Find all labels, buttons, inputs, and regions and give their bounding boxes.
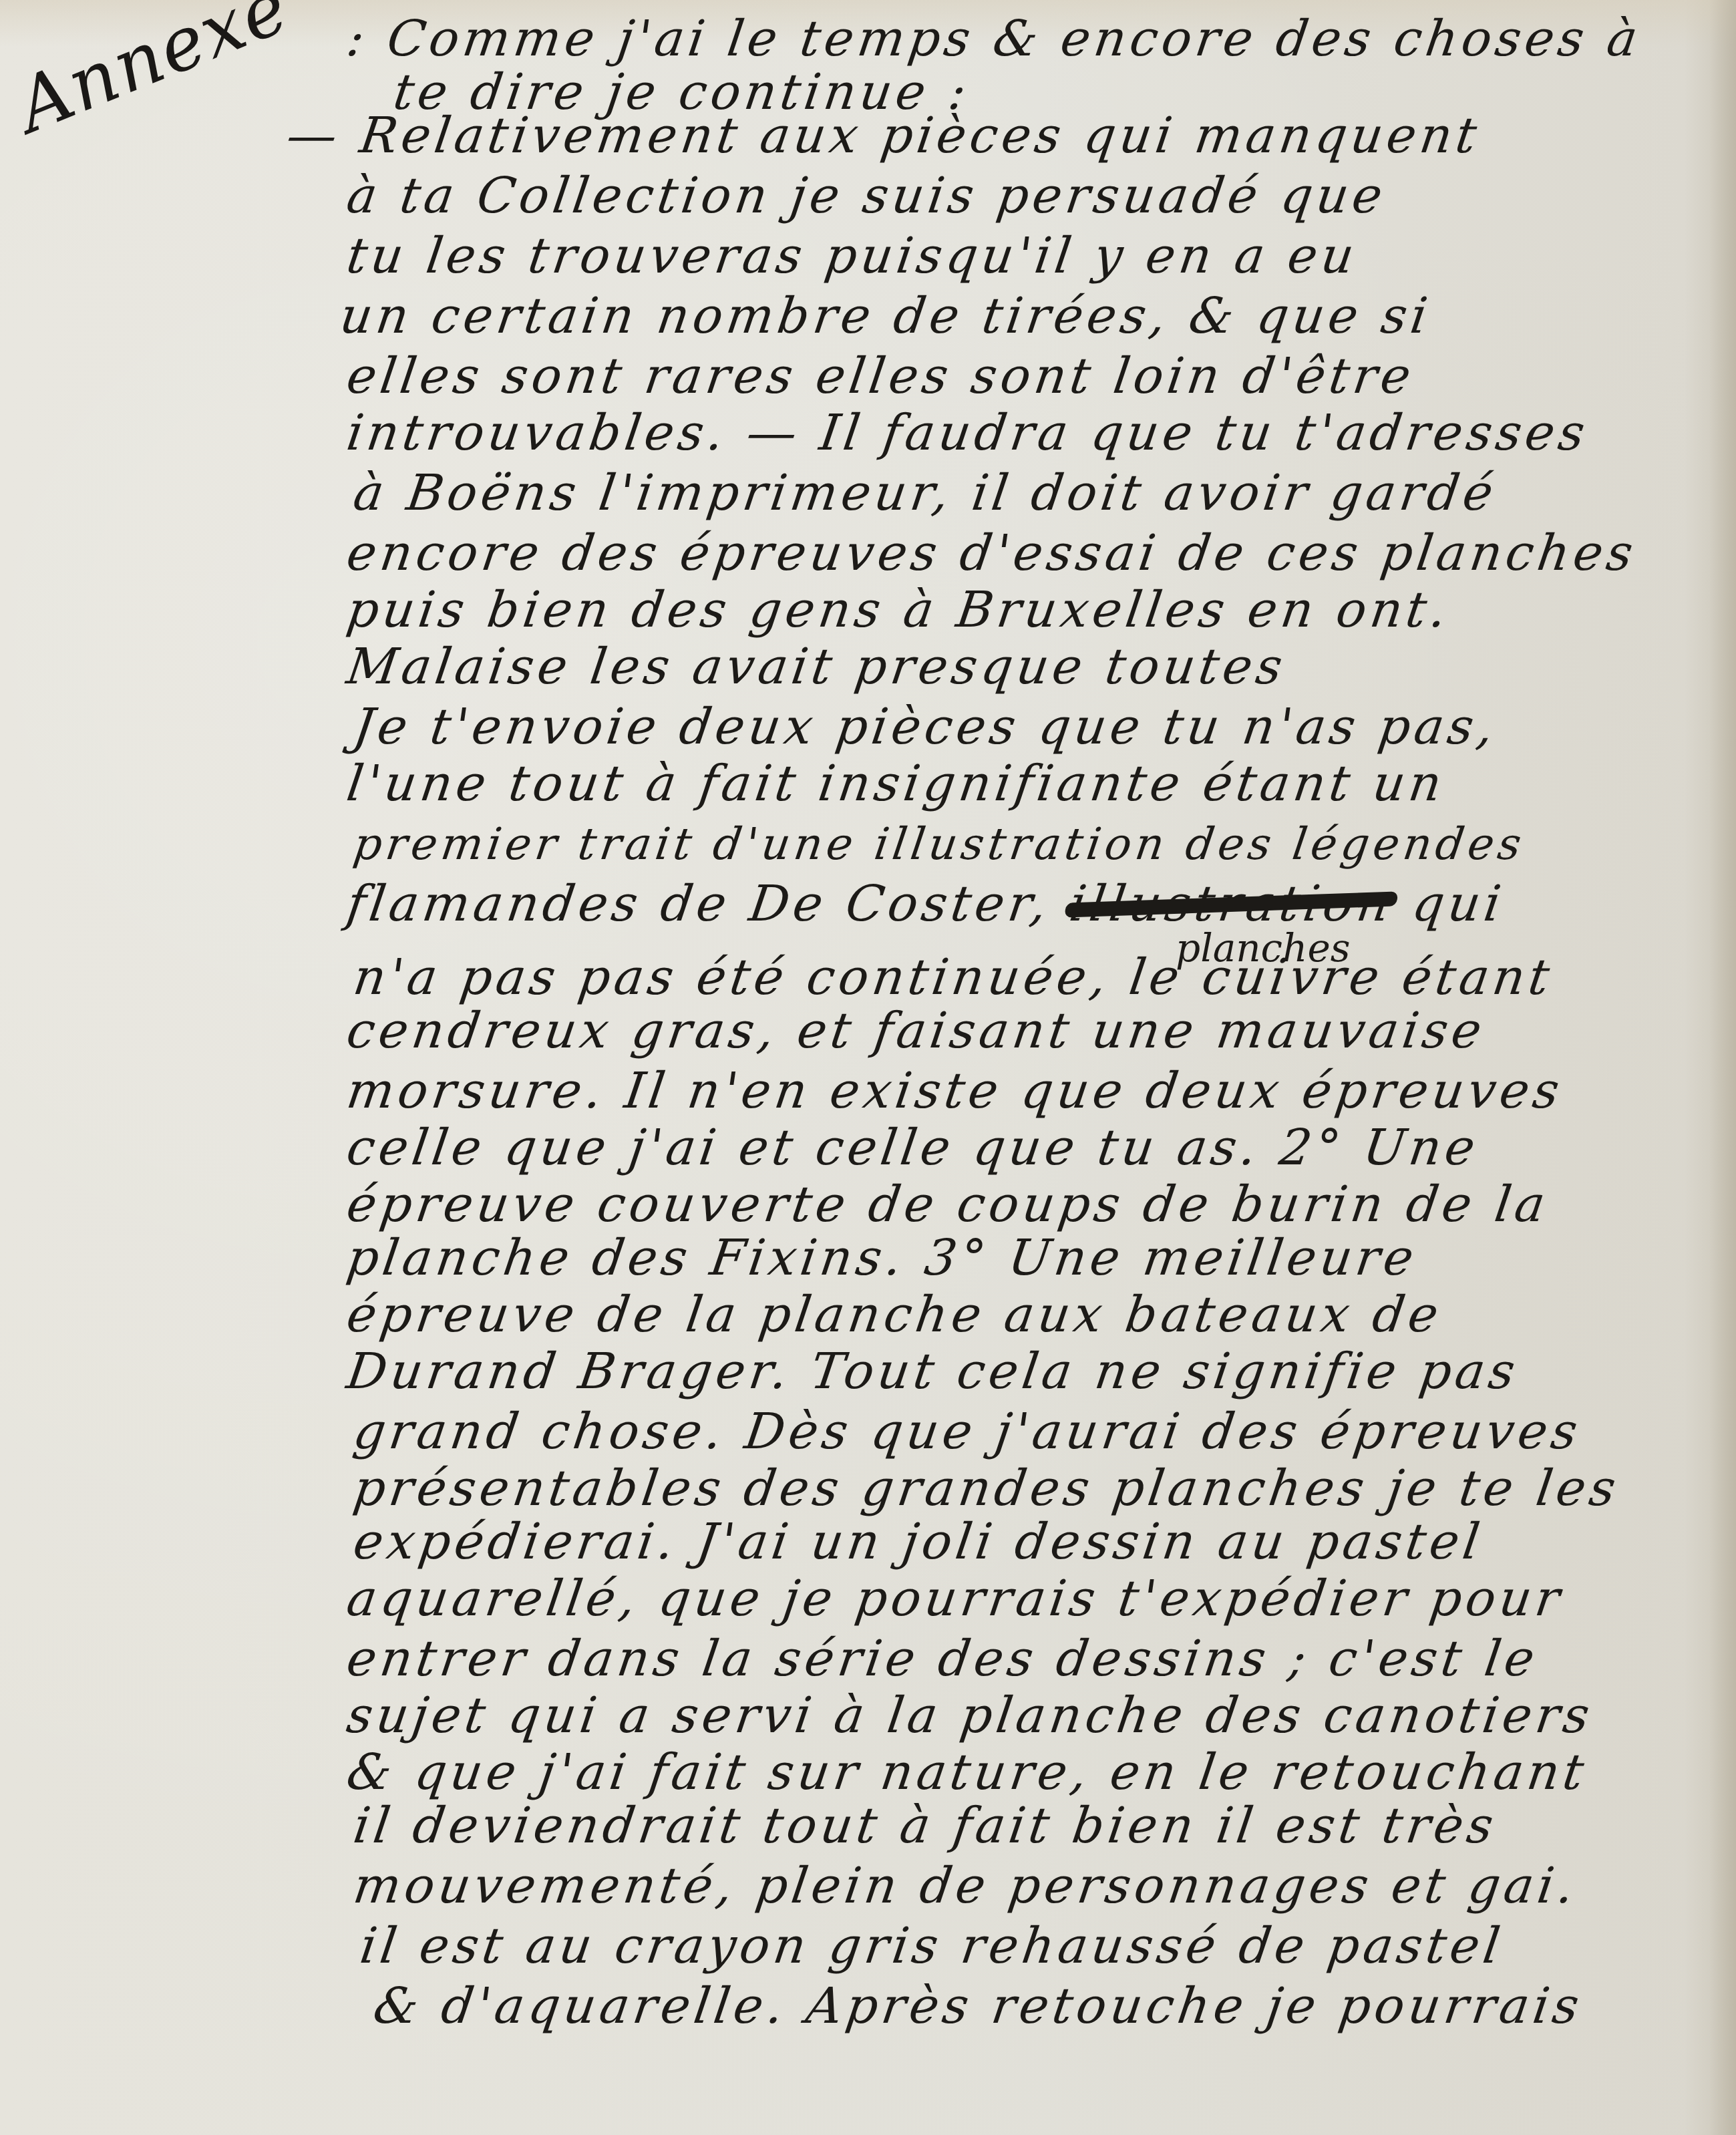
letter-line-24: Durand Brager. Tout cela ne signifie pas — [343, 1343, 1522, 1400]
letter-line-4: à ta Collection je suis persuadé que — [343, 167, 1390, 224]
letter-line-28: aquarellé, que je pourrais t'expédier po… — [343, 1570, 1567, 1627]
letter-line-1: : Comme j'ai le temps & encore des chose… — [343, 10, 1645, 67]
letter-line-34: il est au crayon gris rehaussé de pastel — [357, 1917, 1508, 1975]
page-edge-shadow — [1709, 0, 1736, 2135]
letter-line-3: — Relativement aux pièces qui manquent — [283, 107, 1484, 164]
letter-line-7: elles sont rares elles sont loin d'être — [343, 347, 1418, 405]
letter-line-18: cendreux gras, et faisant une mauvaise — [343, 1002, 1490, 1059]
letter-line-29: entrer dans la série des dessins ; c'est… — [343, 1630, 1542, 1687]
letter-line-9: à Boëns l'imprimeur, il doit avoir gardé — [350, 464, 1501, 522]
letter-line-8: introuvables. — Il faudra que tu t'adres… — [343, 404, 1592, 462]
letter-line-32: il deviendrait tout à fait bien il est t… — [350, 1797, 1501, 1854]
letter-line-22: planche des Fixins. 3° Une meilleure — [343, 1229, 1421, 1287]
letter-line-14: l'une tout à fait insignifiante étant un — [343, 755, 1449, 812]
letter-line-16-tail: qui — [1409, 875, 1508, 933]
letter-line-12: Malaise les avait presque toutes — [343, 638, 1290, 695]
letter-line-30: sujet qui a servi à la planche des canot… — [343, 1687, 1597, 1744]
letter-line-31: & que j'ai fait sur nature, en le retouc… — [343, 1744, 1591, 1801]
letter-line-13: Je t'envoie deux pièces que tu n'as pas, — [350, 698, 1501, 756]
letter-line-35: & d'aquarelle. Après retouche je pourrai… — [370, 1977, 1586, 2035]
letter-line-26: présentables des grandes planches je te … — [350, 1460, 1623, 1517]
letter-line-15: premier trait d'une illustration des lég… — [351, 818, 1529, 870]
letter-line-33: mouvementé, plein de personnages et gai. — [350, 1857, 1582, 1915]
letter-line-27: expédierai. J'ai un joli dessin au paste… — [350, 1513, 1487, 1571]
letter-line-6: un certain nombre de tirées, & que si — [337, 287, 1435, 345]
letter-line-19: morsure. Il n'en existe que deux épreuve… — [343, 1062, 1567, 1120]
struck-word: illustration — [1066, 875, 1397, 933]
letter-line-17: n'a pas pas été continuée, le cuivre éta… — [350, 949, 1557, 1006]
letter-line-20: celle que j'ai et celle que tu as. 2° Un… — [343, 1119, 1483, 1176]
letter-line-5: tu les trouveras puisqu'il y en a eu — [343, 227, 1361, 285]
letter-line-9-text: à Boëns l'imprimeur, il doit avoir gardé — [350, 464, 1501, 522]
letter-line-16-text: flamandes de De Coster, — [343, 875, 1055, 933]
letter-line-11: puis bien des gens à Bruxelles en ont. — [343, 581, 1454, 639]
letter-line-25: grand chose. Dès que j'aurai des épreuve… — [350, 1403, 1585, 1460]
letter-line-10: encore des épreuves d'essai de ces planc… — [343, 524, 1640, 582]
letter-line-21: épreuve couverte de coups de burin de la — [343, 1176, 1553, 1233]
letter-line-16: flamandes de De Coster, illustration qui — [343, 875, 1508, 933]
letter-line-23: épreuve de la planche aux bateaux de — [343, 1286, 1446, 1343]
